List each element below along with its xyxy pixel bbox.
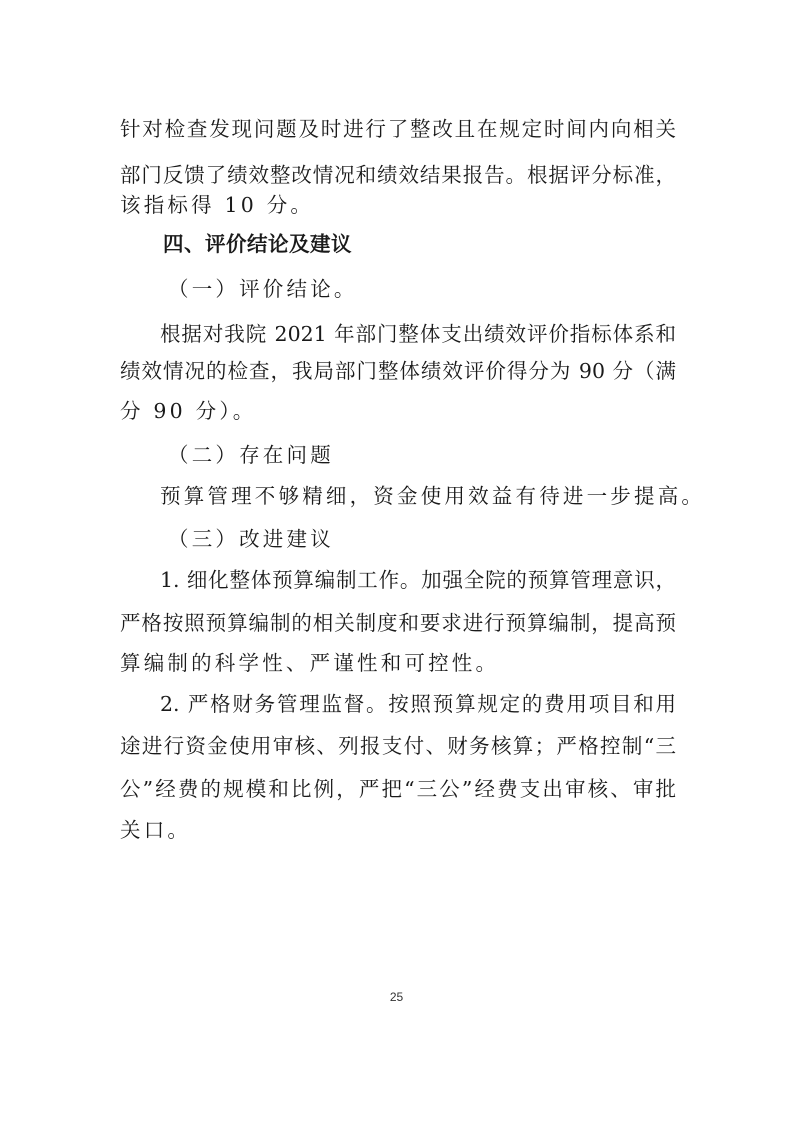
paragraph-line: 该指标得 10 分。 — [120, 190, 676, 220]
paragraph-line: 分 90 分）。 — [120, 396, 676, 426]
paragraph-line: 预算管理不够精细，资金使用效益有待进一步提高。 — [160, 481, 676, 511]
paragraph-line: 严格按照预算编制的相关制度和要求进行预算编制，提高预 — [120, 608, 676, 638]
subsection-title-conclusion: （一）评价结论。 — [168, 274, 724, 304]
document-page: 针对检查发现问题及时进行了整改且在规定时间内向相关 部门反馈了绩效整改情况和绩效… — [0, 0, 793, 1122]
paragraph-line: 算编制的科学性、严谨性和可控性。 — [120, 648, 676, 678]
page-number: 25 — [0, 990, 793, 1004]
paragraph-line: 公”经费的规模和比例，严把“三公”经费支出审核、审批 — [120, 774, 676, 804]
paragraph-line: 关口。 — [120, 815, 676, 845]
paragraph-line: 部门反馈了绩效整改情况和绩效结果报告。根据评分标准， — [120, 160, 676, 190]
section-heading: 四、评价结论及建议 — [163, 229, 719, 259]
paragraph-line: 绩效情况的检查，我局部门整体绩效评价得分为 90 分（满 — [120, 356, 676, 386]
subsection-title-problems: （二）存在问题 — [168, 440, 724, 470]
paragraph-line: 1. 细化整体预算编制工作。加强全院的预算管理意识， — [160, 565, 676, 595]
paragraph-line: 根据对我院 2021 年部门整体支出绩效评价指标体系和 — [160, 319, 676, 349]
subsection-title-suggestions: （三）改进建议 — [168, 524, 724, 554]
paragraph-line: 2. 严格财务管理监督。按照预算规定的费用项目和用 — [160, 689, 676, 719]
paragraph-line: 针对检查发现问题及时进行了整改且在规定时间内向相关 — [120, 114, 676, 144]
paragraph-line: 途进行资金使用审核、列报支付、财务核算；严格控制“三 — [120, 731, 676, 761]
